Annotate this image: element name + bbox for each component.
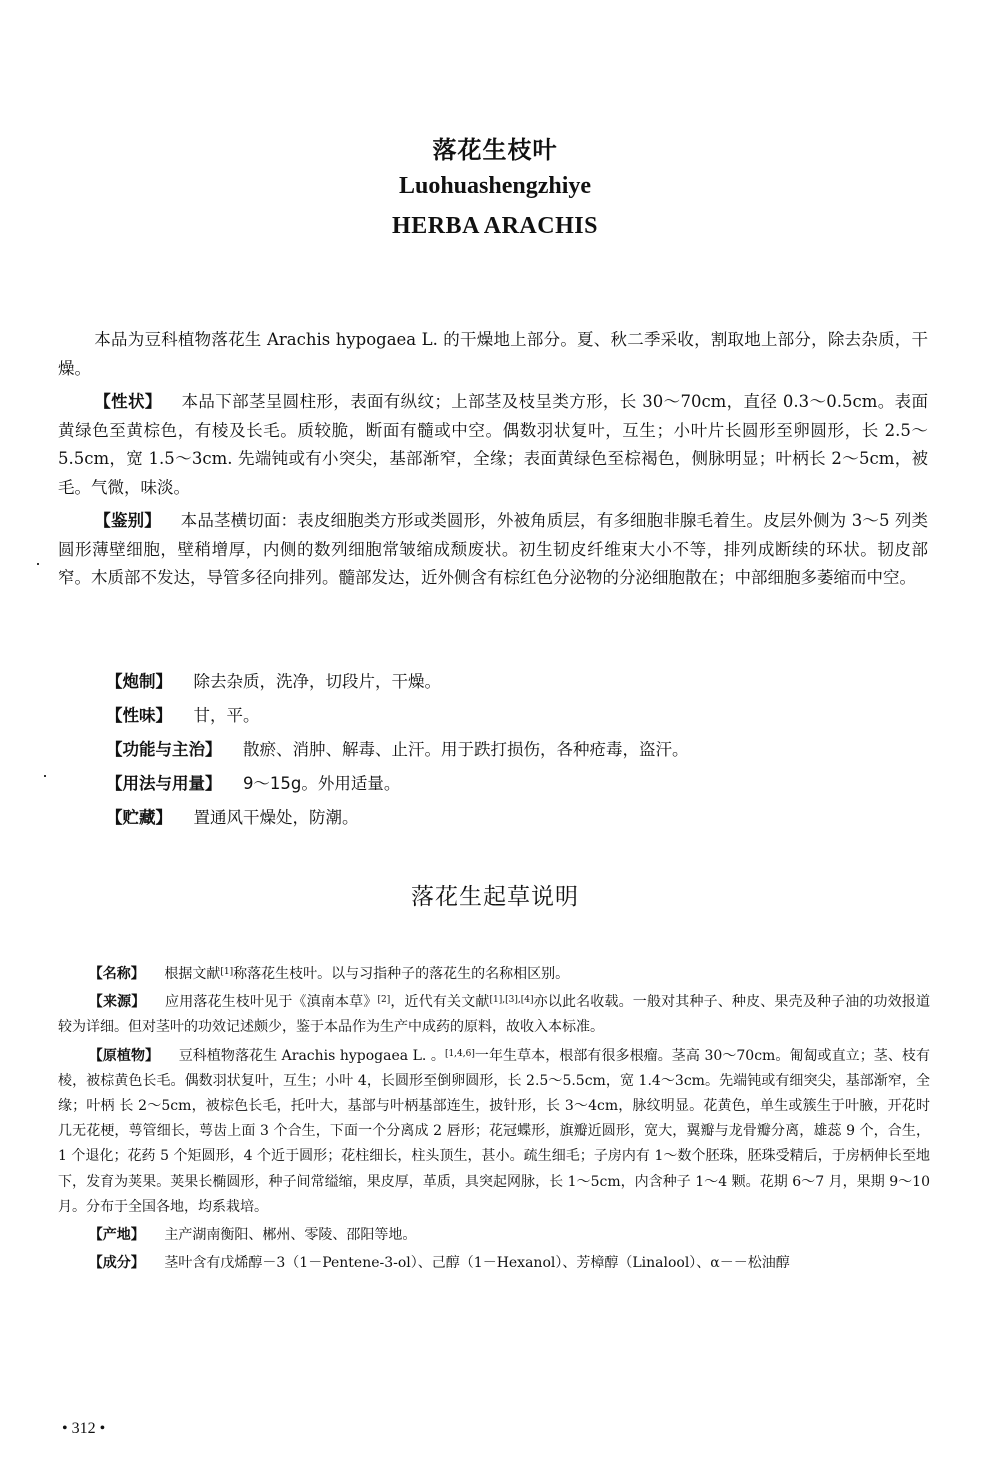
document-page: 落花生枝叶 Luohuashengzhiye HERBA ARACHIS 本品为… — [0, 0, 990, 1482]
section-text: 甘，平。 — [193, 706, 259, 725]
section-text: 除去杂质，洗净，切段片，干燥。 — [193, 672, 441, 691]
scan-speck — [37, 563, 39, 565]
section-text: 散瘀、消肿、解毒、止汗。用于跌打损伤，各种疮毒，盗汗。 — [243, 740, 689, 759]
citation-ref: [2] — [377, 995, 390, 1005]
citation-ref: [1] — [220, 967, 233, 977]
section-label: 【产地】 — [89, 1227, 145, 1243]
note-text: 应用落花生枝叶见于《滇南本草》 — [165, 994, 377, 1010]
note-original-plant: 【原植物】豆科植物落花生 Arachis hypogaea L. 。[1,4,6… — [58, 1044, 930, 1220]
section-label: 【成分】 — [89, 1255, 145, 1271]
section-label: 【鉴别】 — [94, 511, 161, 530]
section-storage: 【贮藏】置通风干燥处，防潮。 — [106, 801, 688, 835]
note-text: 豆科植物落花生 Arachis hypogaea L. 。 — [179, 1048, 445, 1064]
citation-ref: [1],[3],[4] — [490, 995, 534, 1005]
note-text: 主产湖南衡阳、郴州、零陵、邵阳等地。 — [164, 1227, 416, 1243]
section-label: 【名称】 — [89, 966, 145, 982]
section-processing: 【炮制】除去杂质，洗净，切段片，干燥。 — [106, 665, 688, 699]
note-text: 茎叶含有戊烯醇－3（1－Pentene-3-ol）、己醇（1－Hexanol）、… — [164, 1255, 789, 1271]
short-sections-list: 【炮制】除去杂质，洗净，切段片，干燥。 【性味】甘，平。 【功能与主治】散瘀、消… — [106, 665, 688, 835]
intro-paragraph: 本品为豆科植物落花生 Arachis hypogaea L. 的干燥地上部分。夏… — [58, 326, 928, 383]
section-usage-dosage: 【用法与用量】9～15g。外用适量。 — [106, 767, 688, 801]
drafting-notes-title: 落花生起草说明 — [0, 878, 990, 911]
section-identification: 【鉴别】本品茎横切面：表皮细胞类方形或类圆形，外被角质层，有多细胞非腺毛着生。皮… — [58, 507, 928, 593]
scan-speck — [44, 775, 46, 777]
page-number: • 312 • — [62, 1420, 105, 1438]
section-nature-taste: 【性味】甘，平。 — [106, 699, 688, 733]
section-label: 【用法与用量】 — [106, 774, 222, 793]
section-label: 【炮制】 — [106, 672, 172, 691]
note-text: ，近代有关文献 — [390, 994, 489, 1010]
citation-ref: [1,4,6] — [445, 1049, 475, 1059]
note-text: 称落花生枝叶。以与习指种子的落花生的名称相区别。 — [233, 966, 569, 982]
drafting-notes-body: 【名称】根据文献[1]称落花生枝叶。以与习指种子的落花生的名称相区别。 【来源】… — [58, 962, 930, 1279]
note-text: 一年生草本，根部有很多根瘤。茎高 30～70cm。匍匐或直立；茎、枝有棱，被棕黄… — [58, 1048, 930, 1215]
note-name: 【名称】根据文献[1]称落花生枝叶。以与习指种子的落花生的名称相区别。 — [58, 962, 930, 987]
note-constituents: 【成分】茎叶含有戊烯醇－3（1－Pentene-3-ol）、己醇（1－Hexan… — [58, 1251, 930, 1276]
section-text: 置通风干燥处，防潮。 — [193, 808, 358, 827]
section-label: 【性味】 — [106, 706, 172, 725]
note-origin: 【产地】主产湖南衡阳、郴州、零陵、邵阳等地。 — [58, 1223, 930, 1248]
section-label: 【贮藏】 — [106, 808, 172, 827]
section-functions-indications: 【功能与主治】散瘀、消肿、解毒、止汗。用于跌打损伤，各种疮毒，盗汗。 — [106, 733, 688, 767]
section-label: 【功能与主治】 — [106, 740, 222, 759]
section-text: 9～15g。外用适量。 — [243, 774, 400, 793]
note-source: 【来源】应用落花生枝叶见于《滇南本草》[2]，近代有关文献[1],[3],[4]… — [58, 990, 930, 1040]
section-text: 本品茎横切面：表皮细胞类方形或类圆形，外被角质层，有多细胞非腺毛着生。皮层外侧为… — [58, 511, 928, 587]
monograph-title-pinyin: Luohuashengzhiye — [0, 173, 990, 200]
note-text: 根据文献 — [164, 966, 220, 982]
section-text: 本品下部茎呈圆柱形，表面有纵纹；上部茎及枝呈类方形，长 30～70cm，直径 0… — [58, 392, 928, 497]
section-characters: 【性状】本品下部茎呈圆柱形，表面有纵纹；上部茎及枝呈类方形，长 30～70cm，… — [58, 388, 928, 502]
monograph-body: 本品为豆科植物落花生 Arachis hypogaea L. 的干燥地上部分。夏… — [58, 326, 928, 598]
monograph-title-latin: HERBA ARACHIS — [0, 213, 990, 240]
monograph-title-chinese: 落花生枝叶 — [0, 130, 990, 165]
section-label: 【性状】 — [94, 392, 161, 411]
section-label: 【来源】 — [89, 994, 146, 1010]
section-label: 【原植物】 — [89, 1048, 159, 1064]
